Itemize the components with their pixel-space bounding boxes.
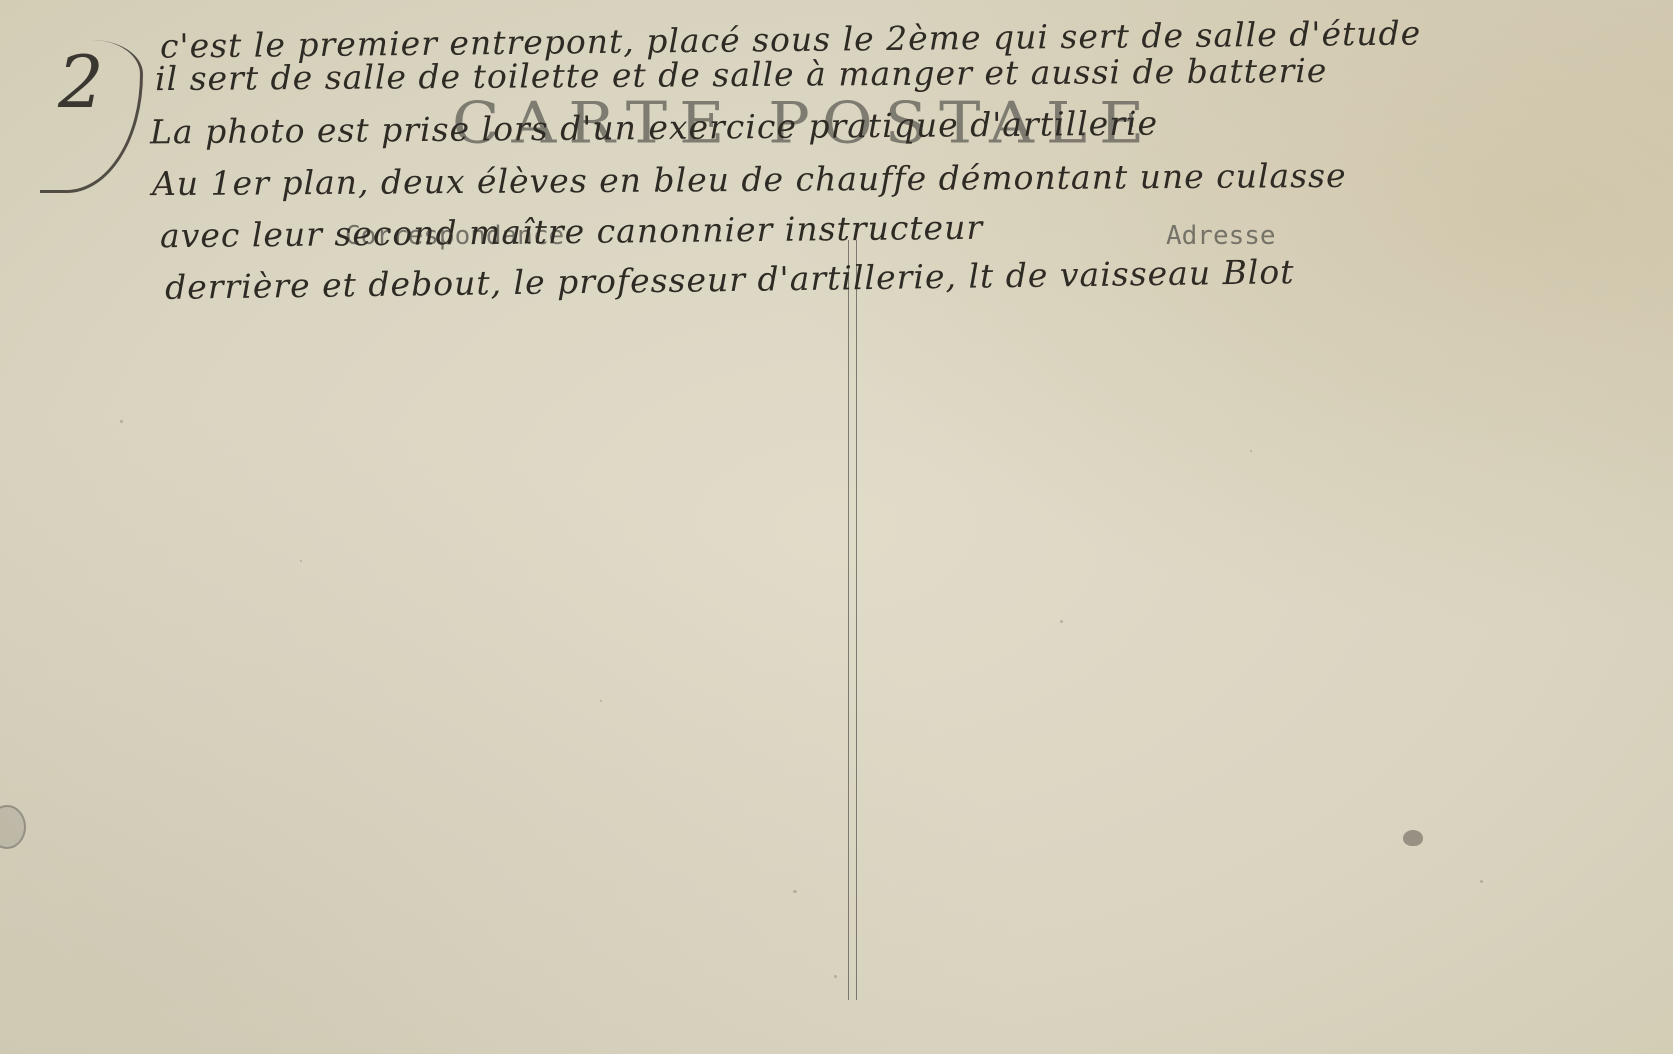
edge-tear-mark: [0, 805, 26, 849]
handwritten-line: Au 1er plan, deux élèves en bleu de chau…: [152, 156, 1347, 203]
paper-speckle: [120, 420, 123, 423]
center-divider-line: [848, 240, 849, 1000]
paper-speckle: [793, 890, 797, 893]
address-label: Adresse: [1166, 221, 1276, 251]
paper-speckle: [300, 560, 302, 562]
ink-stain: [1403, 830, 1423, 846]
annotation-number: 2: [58, 40, 104, 124]
paper-speckle: [1480, 880, 1483, 883]
paper-speckle: [1250, 450, 1252, 452]
handwritten-line: derrière et debout, le professeur d'arti…: [165, 252, 1295, 307]
handwritten-line: il sert de salle de toilette et de salle…: [155, 51, 1328, 98]
paper-speckle: [1060, 620, 1063, 623]
paper-speckle: [600, 700, 602, 702]
center-divider-line: [856, 240, 857, 1000]
handwritten-line: avec leur second maître canonnier instru…: [160, 208, 984, 256]
postcard-back: CARTE POSTALE Correspondance Adresse 2 c…: [0, 0, 1673, 1054]
paper-speckle: [834, 975, 837, 978]
